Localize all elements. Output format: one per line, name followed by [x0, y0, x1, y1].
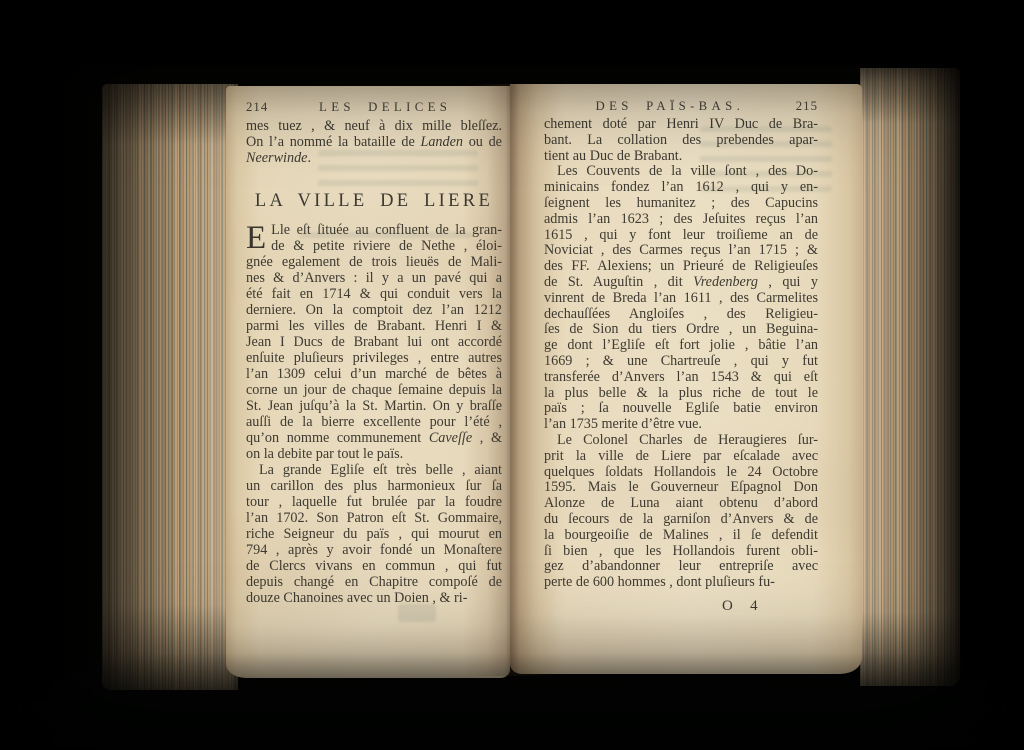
text-line: du ſecours de la garniſon d’Anvers & de	[544, 512, 818, 528]
text-line: St. Jean juſqu’à la St. Martin. On y bra…	[246, 398, 502, 414]
text-line: transferée d’Anvers l’an 1543 & qui eſt	[544, 370, 818, 386]
text-line: qu’on nomme communement Caveſſe , &	[246, 430, 502, 446]
left-intro-paragraphs: mes tuez , & neuf à dix mille bleſſez.On…	[246, 118, 502, 166]
text-line: dechauſſées Angloiſes , des Religieu-	[544, 307, 818, 323]
signature-mark: O 4	[544, 598, 818, 615]
paragraph: La grande Egliſe eſt très belle , aiantu…	[246, 462, 502, 606]
right-paragraphs: chement doté par Henri IV Duc de Bra-ban…	[544, 117, 818, 591]
text-line: mes tuez , & neuf à dix mille bleſſez.	[246, 118, 502, 134]
text-line: de & petite riviere de Nethe , éloi-	[246, 238, 502, 254]
drop-cap: E	[246, 222, 271, 252]
paragraph: mes tuez , & neuf à dix mille bleſſez.On…	[246, 118, 502, 166]
text-line: l’an 1735 merite d’être vue.	[544, 417, 818, 433]
text-line: 794 , après y avoir fondé un Monaſtere	[246, 542, 502, 558]
text-line: derniere. On la comptoit dez l’an 1212	[246, 302, 502, 318]
text-line: auſſi de la bierre excellente pour l’été…	[246, 414, 502, 430]
text-line: tient au Duc de Brabant.	[544, 149, 818, 165]
book-photograph: 214 LES DELICES mes tuez , & neuf à dix …	[0, 0, 1024, 750]
text-line: Lle eſt ſituée au confluent de la gran-	[246, 222, 502, 238]
right-fore-edge-pages	[860, 68, 960, 686]
text-line: Le Colonel Charles de Heraugieres ſur-	[544, 433, 818, 449]
text-line: 1595. Mais le Gouverneur Eſpagnol Don	[544, 480, 818, 496]
running-title-right: DES PAÏS-BAS.	[544, 99, 796, 114]
text-line: on la debite par tout le païs.	[246, 446, 502, 462]
text-line: un carillon des plus harmonieux ſur ſa	[246, 478, 502, 494]
paragraph: ELle eſt ſituée au confluent de la gran-…	[246, 222, 502, 462]
running-title-left: LES DELICES	[268, 100, 502, 115]
text-line: tour , laquelle fut brulée par la foudre	[246, 494, 502, 510]
text-line: La grande Egliſe eſt très belle , aiant	[246, 462, 502, 478]
text-line: vinrent de Breda l’an 1611 , des Carmeli…	[544, 291, 818, 307]
page-number-left: 214	[246, 100, 268, 115]
text-line: ſes de Sion du tiers Ordre , un Beguina-	[544, 322, 818, 338]
text-line: quelques ſoldats Hollandois le 24 Octobr…	[544, 465, 818, 481]
page-number-right: 215	[796, 99, 818, 114]
text-line: des FF. Alexiens; un Prieuré de Religieu…	[544, 259, 818, 275]
text-line: bant. La collation des prebendes apar-	[544, 133, 818, 149]
text-line: On l’a nommé la bataille de Landen ou de	[246, 134, 502, 150]
text-line: de Clercs vivans en commun , qui fut	[246, 558, 502, 574]
text-line: Alonze de Luna aiant obtenu d’abord	[544, 496, 818, 512]
text-line: ſeignent les humanitez ; des Capucins	[544, 196, 818, 212]
text-line: enſuite pluſieurs privileges , entre aut…	[246, 350, 502, 366]
text-line: la plus belle & la plus riche de tout le	[544, 386, 818, 402]
text-line: Les Couvents de la ville ſont , des Do-	[544, 164, 818, 180]
text-line: chement doté par Henri IV Duc de Bra-	[544, 117, 818, 133]
text-line: la bourgeoiſie de Malines , il ſe defend…	[544, 528, 818, 544]
text-line: l’an 1309 celui d’un marché de bêtes à	[246, 366, 502, 382]
text-line: minicains fondez l’an 1612 , qui y en-	[544, 180, 818, 196]
paragraph: Le Colonel Charles de Heraugieres ſur-pr…	[544, 433, 818, 591]
text-line: l’an 1702. Son Patron eſt St. Gommaire,	[246, 510, 502, 526]
text-line: corne un jour de chaque ſemaine depuis l…	[246, 382, 502, 398]
text-line: Noviciat , des Carmes reçus l’an 1715 ; …	[544, 243, 818, 259]
text-line: 1615 , qui y font leur troiſieme an de	[544, 228, 818, 244]
text-line: riche Seigneur du païs , qui mourut en	[246, 526, 502, 542]
text-line: de St. Auguſtin , dit Vredenberg , qui y	[544, 275, 818, 291]
text-line: douze Chanoines avec un Doien , & ri-	[246, 590, 502, 606]
right-page-text: DES PAÏS-BAS. 215 chement doté par Henri…	[544, 99, 818, 615]
left-page-header: 214 LES DELICES	[246, 100, 502, 115]
text-line: Jean I Ducs de Brabant lui ont accordé	[246, 334, 502, 350]
text-line: nes & d’Anvers : il y a un pavé qui a	[246, 270, 502, 286]
text-line: parmi les villes de Brabant. Henri I &	[246, 318, 502, 334]
text-line: ſi bien , que les Hollandois furent obli…	[544, 544, 818, 560]
text-line: admis l’an 1623 ; des Jeſuites reçus l’a…	[544, 212, 818, 228]
text-line: 1669 ; & une Chartreuſe , qui y fut	[544, 354, 818, 370]
text-line: gnée egalement de trois lieuës de Mali-	[246, 254, 502, 270]
text-line: prit la ville de Liere par eſcalade avec	[544, 449, 818, 465]
text-line: ge dont l’Egliſe eſt fort jolie , bâtie …	[544, 338, 818, 354]
paragraph: Les Couvents de la ville ſont , des Do-m…	[544, 164, 818, 433]
right-page-header: DES PAÏS-BAS. 215	[544, 99, 818, 114]
text-line: Neerwinde.	[246, 150, 502, 166]
text-line: païs ; ſa nouvelle Egliſe batie environ	[544, 401, 818, 417]
left-page-text: 214 LES DELICES mes tuez , & neuf à dix …	[246, 100, 502, 606]
text-line: été fait en 1714 & qui conduit vers la	[246, 286, 502, 302]
section-heading: LA VILLE DE LIERE	[246, 191, 502, 212]
text-line: gez d’abandonner leur entrepriſe avec	[544, 559, 818, 575]
text-line: depuis changé en Chapitre compoſé de	[246, 574, 502, 590]
left-fore-edge-pages	[102, 84, 238, 690]
text-line: perte de 600 hommes , dont pluſieurs fu-	[544, 575, 818, 591]
left-paragraphs: ELle eſt ſituée au confluent de la gran-…	[246, 222, 502, 606]
paragraph: chement doté par Henri IV Duc de Bra-ban…	[544, 117, 818, 164]
